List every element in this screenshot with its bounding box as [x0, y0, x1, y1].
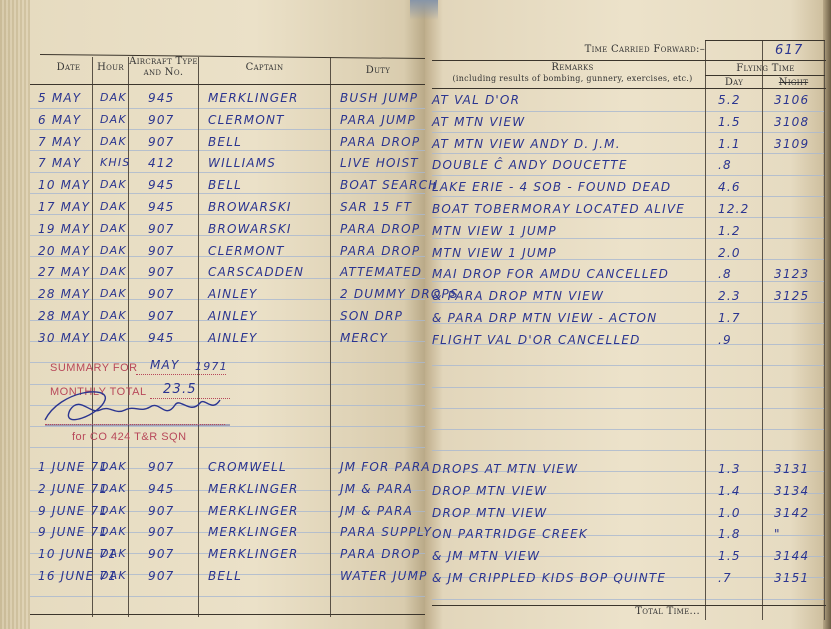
carried-forward-top — [705, 40, 825, 41]
entry-remarks: AT MTN VIEW — [432, 115, 525, 129]
header-bottom-line — [30, 84, 425, 85]
entry-night: 3131 — [774, 462, 809, 476]
entry-night: 3142 — [774, 506, 809, 520]
entry-day: .9 — [718, 333, 732, 347]
entry-aircraft: 907 — [148, 569, 175, 583]
day-night-split — [705, 75, 825, 76]
entry-night: 3108 — [774, 115, 809, 129]
entry-day: 1.8 — [718, 527, 741, 541]
footer-line — [30, 614, 425, 615]
entry-hour: DAK — [100, 91, 127, 104]
header-hour: Hour — [93, 62, 128, 73]
entry-aircraft: 907 — [148, 547, 175, 561]
entry-aircraft: 907 — [148, 265, 175, 279]
header-top-line — [432, 60, 826, 61]
entry-captain: MERKLINGER — [208, 504, 299, 518]
entry-aircraft: 907 — [148, 113, 175, 127]
ruled-line — [432, 387, 824, 388]
col-divider — [330, 57, 331, 617]
entry-captain: CARSCADDEN — [208, 265, 304, 279]
entry-remarks: FLIGHT VAL D'OR CANCELLED — [432, 333, 641, 347]
ruled-line — [432, 450, 824, 451]
entry-night: 3109 — [774, 137, 809, 151]
entry-day: 1.5 — [718, 115, 741, 129]
total-time-label: Total Time... — [560, 606, 700, 617]
entry-duty: PARA DROP — [340, 244, 420, 258]
entry-day: 1.1 — [718, 137, 741, 151]
entry-aircraft: 945 — [148, 482, 175, 496]
entry-date: 7 May — [38, 156, 81, 170]
page-edges — [0, 0, 30, 629]
entry-date: 1 June 71 — [38, 460, 108, 474]
entry-date: 17 May — [38, 200, 90, 214]
entry-day: 4.6 — [718, 180, 741, 194]
entry-hour: DAK — [100, 525, 127, 538]
entry-date: 2 June 71 — [38, 482, 108, 496]
entry-captain: WILLIAMS — [208, 156, 276, 170]
ruled-line — [432, 365, 824, 366]
entry-duty: BOAT SEARCH — [340, 178, 439, 192]
entry-hour: DAK — [100, 460, 127, 473]
ruled-line — [432, 217, 824, 218]
summary-dotted-line — [136, 374, 226, 375]
ruled-line — [30, 108, 425, 109]
entry-date: 19 May — [38, 222, 90, 236]
entry-date: 5 May — [38, 91, 81, 105]
ruled-line — [432, 599, 824, 600]
entry-captain: MERKLINGER — [208, 482, 299, 496]
header-duty: Duty — [331, 65, 425, 76]
entry-captain: BROWARSKI — [208, 200, 292, 214]
entry-aircraft: 907 — [148, 222, 175, 236]
entry-date: 9 June 71 — [38, 504, 108, 518]
entry-day: 1.2 — [718, 224, 741, 238]
entry-remarks: & PARA DRP MTN VIEW - ACTON — [432, 311, 657, 325]
entry-remarks: MTN VIEW 1 JUMP — [432, 246, 557, 260]
entry-date: 27 May — [38, 265, 90, 279]
entry-hour: DAK — [100, 178, 127, 191]
header-remarks: Remarks — [440, 62, 705, 73]
book-spine — [410, 0, 438, 20]
entry-date: 10 May — [38, 178, 90, 192]
entry-duty: PARA DROP — [340, 222, 420, 236]
ruled-line — [432, 175, 824, 176]
ruled-line — [432, 111, 824, 112]
entry-remarks: DROP MTN VIEW — [432, 506, 547, 520]
signature-dotted-line — [45, 424, 225, 425]
entry-duty: MERCY — [340, 331, 388, 345]
entry-captain: BELL — [208, 135, 242, 149]
entry-captain: AINLEY — [208, 309, 258, 323]
entry-duty: PARA SUPPLY — [340, 525, 432, 539]
entry-aircraft: 907 — [148, 244, 175, 258]
entry-aircraft: 907 — [148, 287, 175, 301]
summary-label: SUMMARY FOR — [50, 362, 138, 374]
entry-date: 30 May — [38, 331, 90, 345]
entry-day: 2.0 — [718, 246, 741, 260]
entry-aircraft: 907 — [148, 135, 175, 149]
entry-captain: MERKLINGER — [208, 547, 299, 561]
entry-aircraft: 907 — [148, 525, 175, 539]
entry-aircraft: 945 — [148, 91, 175, 105]
entry-duty: WATER JUMP — [340, 569, 428, 583]
entry-hour: DAK — [100, 265, 127, 278]
entry-aircraft: 907 — [148, 460, 175, 474]
entry-hour: DAK — [100, 547, 127, 560]
entry-duty: SON DRP — [340, 309, 403, 323]
entry-night: 3134 — [774, 484, 809, 498]
time-carried-forward-night: 617 — [775, 43, 803, 58]
entry-day: .8 — [718, 267, 732, 281]
entry-night: " — [774, 527, 781, 541]
entry-hour: DAK — [100, 569, 127, 582]
entry-hour: DAK — [100, 113, 127, 126]
ruled-line — [432, 132, 824, 133]
entry-aircraft: 945 — [148, 331, 175, 345]
entry-remarks: DROP MTN VIEW — [432, 484, 547, 498]
entry-hour: DAK — [100, 482, 127, 495]
entry-remarks: BOAT TOBERMORAY LOCATED ALIVE — [432, 202, 685, 216]
entry-remarks: MAI DROP FOR AMDU CANCELLED — [432, 267, 669, 281]
header-remarks-subtitle: (including results of bombing, gunnery, … — [440, 73, 705, 84]
entry-date: 9 June 71 — [38, 525, 108, 539]
entry-day: 1.0 — [718, 506, 741, 520]
entry-night: 3151 — [774, 571, 809, 585]
ruled-line — [432, 238, 824, 239]
header-date: Date — [45, 62, 92, 73]
entry-captain: CROMWELL — [208, 460, 287, 474]
entry-hour: DAK — [100, 309, 127, 322]
entry-captain: CLERMONT — [208, 113, 285, 127]
entry-aircraft: 907 — [148, 504, 175, 518]
entry-remarks: AT MTN VIEW ANDY D. J.M. — [432, 137, 621, 151]
header-flying-time: Flying Time — [706, 63, 825, 74]
header-captain: Captain — [199, 62, 330, 73]
entry-hour: DAK — [100, 287, 127, 300]
time-carried-forward-label: Time Carried Forward:– — [540, 44, 705, 55]
entry-hour: DAK — [100, 504, 127, 517]
entry-date: 28 May — [38, 309, 90, 323]
entry-aircraft: 945 — [148, 178, 175, 192]
entry-duty: JM & PARA — [340, 504, 413, 518]
entry-night: 3123 — [774, 267, 809, 281]
entry-remarks: DOUBLE Ĉ ANDY DOUCETTE — [432, 158, 628, 172]
ruled-line — [432, 408, 824, 409]
summary-month: MAY — [150, 358, 180, 372]
entry-day: .7 — [718, 571, 732, 585]
ruled-line — [30, 193, 425, 194]
entry-aircraft: 945 — [148, 200, 175, 214]
entry-captain: AINLEY — [208, 287, 258, 301]
entry-duty: LIVE HOIST — [340, 156, 419, 170]
entry-date: 28 May — [38, 287, 90, 301]
signed-for-label: for CO 424 T&R SQN — [72, 431, 187, 443]
header-aircraft: Aircraft Type and No. — [129, 56, 198, 78]
entry-date: 6 May — [38, 113, 81, 127]
entry-hour: KHIS — [100, 156, 131, 169]
col-divider — [198, 57, 199, 617]
entry-day: 12.2 — [718, 202, 750, 216]
entry-captain: AINLEY — [208, 331, 258, 345]
ruled-line — [30, 129, 425, 130]
entry-night: 3106 — [774, 93, 809, 107]
entry-duty: BUSH JUMP — [340, 91, 418, 105]
entry-captain: BELL — [208, 569, 242, 583]
entry-duty: JM & PARA — [340, 482, 413, 496]
entry-day: 1.7 — [718, 311, 741, 325]
entry-remarks: & PARA DROP MTN VIEW — [432, 289, 604, 303]
summary-year: 1971 — [195, 360, 228, 373]
signature — [40, 385, 240, 435]
entry-hour: DAK — [100, 244, 127, 257]
entry-duty: PARA JUMP — [340, 113, 416, 127]
col-divider — [824, 40, 825, 620]
ruled-line — [432, 153, 824, 154]
entry-remarks: DROPS AT MTN VIEW — [432, 462, 578, 476]
ruled-line — [432, 429, 824, 430]
entry-duty: PARA DROP — [340, 547, 420, 561]
entry-captain: CLERMONT — [208, 244, 285, 258]
entry-day: .8 — [718, 158, 732, 172]
entry-day: 5.2 — [718, 93, 741, 107]
entry-captain: BELL — [208, 178, 242, 192]
header-day: Day — [706, 77, 762, 88]
entry-remarks: & JM CRIPPLED KIDS BOP QUINTE — [432, 571, 666, 585]
header-bottom-line — [432, 88, 826, 89]
entry-duty: JM FOR PARA — [340, 460, 431, 474]
entry-aircraft: 412 — [148, 156, 175, 170]
ruled-line — [30, 172, 425, 173]
ruled-line — [30, 214, 425, 215]
entry-remarks: LAKE ERIE - 4 SOB - FOUND DEAD — [432, 180, 671, 194]
ruled-line — [30, 596, 425, 597]
entry-hour: DAK — [100, 331, 127, 344]
col-divider — [128, 57, 129, 617]
entry-remarks: ON PARTRIDGE CREEK — [432, 527, 588, 541]
entry-date: 20 May — [38, 244, 90, 258]
entry-day: 1.5 — [718, 549, 741, 563]
entry-day: 1.3 — [718, 462, 741, 476]
ruled-line — [30, 447, 425, 448]
entry-night: 3144 — [774, 549, 809, 563]
entry-duty: PARA DROP — [340, 135, 420, 149]
entry-remarks: MTN VIEW 1 JUMP — [432, 224, 557, 238]
ruled-line — [432, 196, 824, 197]
entry-aircraft: 907 — [148, 309, 175, 323]
entry-hour: DAK — [100, 200, 127, 213]
entry-duty: SAR 15 Ft — [340, 200, 412, 214]
entry-remarks: AT VAL D'OR — [432, 93, 520, 107]
entry-date: 7 May — [38, 135, 81, 149]
entry-duty: ATTEMATED — [340, 265, 422, 279]
header-night: Night — [763, 77, 824, 88]
entry-captain: MERKLINGER — [208, 525, 299, 539]
entry-hour: DAK — [100, 222, 127, 235]
entry-remarks: & JM MTN VIEW — [432, 549, 540, 563]
col-divider — [705, 40, 706, 620]
entry-day: 1.4 — [718, 484, 741, 498]
entry-captain: MERKLINGER — [208, 91, 299, 105]
entry-hour: DAK — [100, 135, 127, 148]
col-divider — [762, 40, 763, 620]
entry-captain: BROWARSKI — [208, 222, 292, 236]
ruled-line — [30, 150, 425, 151]
entry-day: 2.3 — [718, 289, 741, 303]
entry-night: 3125 — [774, 289, 809, 303]
